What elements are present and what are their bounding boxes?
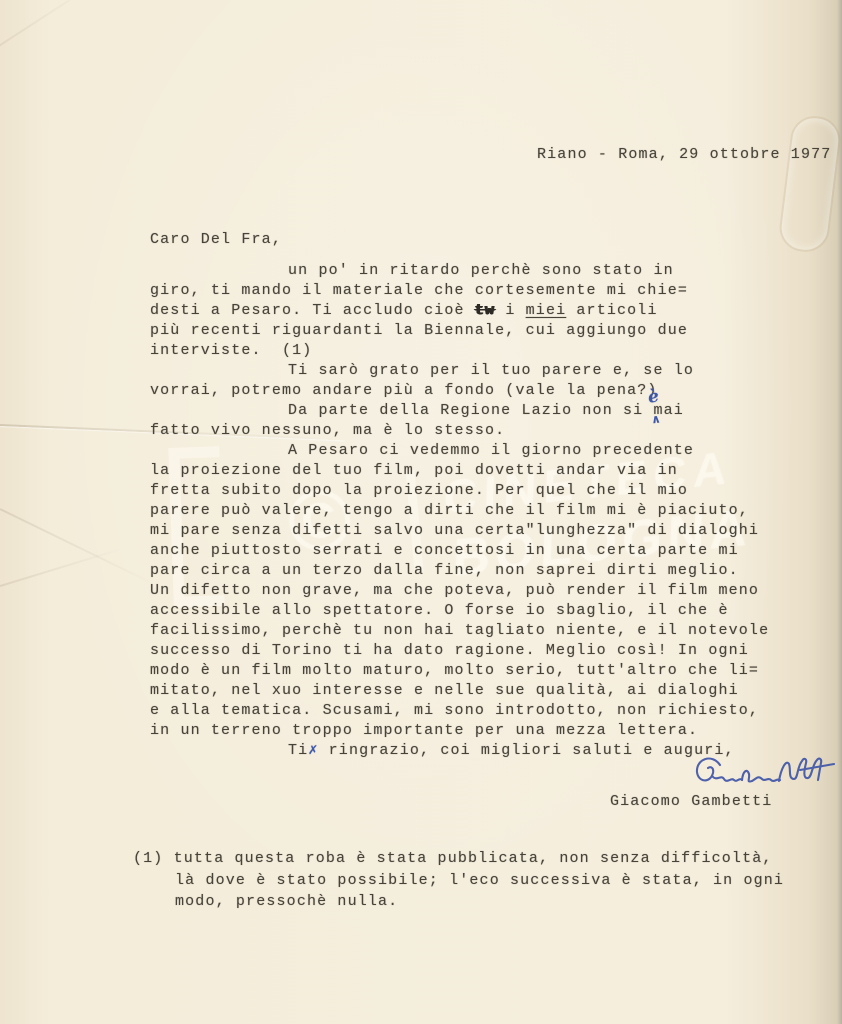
letter-segment-u: miei [526, 302, 567, 319]
letter-line: parere può valere, tengo a dirti che il … [150, 501, 769, 521]
letter-line: la proiezione del tuo film, poi dovetti … [150, 461, 769, 481]
letter-segment: un po' in ritardo perchè sono stato in [288, 262, 674, 279]
paper-crease [0, 508, 158, 587]
letter-line: modo è un film molto maturo, molto serio… [150, 661, 769, 681]
letter-segment: fretta subito dopo la proiezione. Per qu… [150, 482, 688, 499]
paper-crease [0, 0, 98, 54]
letter-segment: in un terreno troppo importante per una … [150, 722, 698, 739]
letter-segment: e alla tematica. Scusami, mi sono introd… [150, 702, 759, 719]
letter-line: Un difetto non grave, ma che poteva, può… [150, 581, 769, 601]
letter-segment: Da parte della Regione Lazio non si mai [288, 402, 684, 419]
letter-line: accessibile allo spettatore. O forse io … [150, 601, 769, 621]
footnote-line: modo, pressochè nulla. [133, 891, 784, 913]
letter-segment: Ti [288, 742, 308, 759]
letter-line: anche piuttosto serrati e concettosi in … [150, 541, 769, 561]
letter-segment: anche piuttosto serrati e concettosi in … [150, 542, 739, 559]
letter-line: più recenti riguardanti la Biennale, cui… [150, 321, 769, 341]
letter-line: desti a Pesaro. Ti accludo cioè tw i mie… [150, 301, 769, 321]
letter-line: facilissimo, perchè tu non hai tagliato … [150, 621, 769, 641]
letter-segment: articoli [566, 302, 657, 319]
pen-caret-mark: ∧ [650, 412, 661, 427]
letter-segment: interviste. (1) [150, 342, 312, 359]
letter-segment: Ti sarò grato per il tuo parere e, se lo [288, 362, 694, 379]
letter-line: un po' in ritardo perchè sono stato in [150, 261, 769, 281]
letter-line: in un terreno troppo importante per una … [150, 721, 769, 741]
signature-typed-name: Giacomo Gambetti [610, 793, 772, 810]
letter-segment: parere può valere, tengo a dirti che il … [150, 502, 749, 519]
embossed-stamp [777, 113, 842, 254]
letter-line: fatto vivo nessuno, ma è lo stesso. [150, 421, 769, 441]
salutation: Caro Del Fra, [150, 231, 282, 248]
letter-line: fretta subito dopo la proiezione. Per qu… [150, 481, 769, 501]
footnote-line: là dove è stato possibile; l'eco success… [133, 870, 784, 892]
letter-line: interviste. (1) [150, 341, 769, 361]
letter-line: mi pare senza difetti salvo una certa"lu… [150, 521, 769, 541]
letter-segment: modo è un film molto maturo, molto serio… [150, 662, 759, 679]
letter-segment: facilissimo, perchè tu non hai tagliato … [150, 622, 769, 639]
letter-line: Ti✗ ringrazio, coi migliori saluti e aug… [150, 741, 769, 761]
letter-segment: vorrai, potremo andare più a fondo (vale… [150, 382, 658, 399]
letter-segment: accessibile allo spettatore. O forse io … [150, 602, 729, 619]
handwritten-signature [690, 753, 840, 793]
footnote-line: (1) tutta questa roba è stata pubblicata… [133, 848, 784, 870]
letter-line: giro, ti mando il materiale che cortesem… [150, 281, 769, 301]
dateline: Riano - Roma, 29 ottobre 1977 [537, 146, 831, 163]
letter-segment: la proiezione del tuo film, poi dovetti … [150, 462, 678, 479]
letter-segment: desti a Pesaro. Ti accludo cioè [150, 302, 475, 319]
letter-segment: mitato, nel xuo interesse e nelle sue qu… [150, 682, 739, 699]
letter-page: © CINETECA BOLOGNA Riano - Roma, 29 otto… [0, 0, 842, 1024]
letter-line: Da parte della Regione Lazio non si mai [150, 401, 769, 421]
letter-segment: i [495, 302, 525, 319]
letter-segment: mi pare senza difetti salvo una certa"lu… [150, 522, 759, 539]
footnote: (1) tutta questa roba è stata pubblicata… [133, 848, 784, 913]
letter-segment: giro, ti mando il materiale che cortesem… [150, 282, 688, 299]
letter-segment: A Pesaro ci vedemmo il giorno precedente [288, 442, 694, 459]
letter-segment: successo di Torino ti ha dato ragione. M… [150, 642, 749, 659]
letter-line: mitato, nel xuo interesse e nelle sue qu… [150, 681, 769, 701]
letter-line: successo di Torino ti ha dato ragione. M… [150, 641, 769, 661]
letter-line: e alla tematica. Scusami, mi sono introd… [150, 701, 769, 721]
letter-segment: pare circa a un terzo dalla fine, non sa… [150, 562, 739, 579]
letter-line: vorrai, potremo andare più a fondo (vale… [150, 381, 769, 401]
paper-crease [0, 547, 125, 587]
letter-segment: fatto vivo nessuno, ma è lo stesso. [150, 422, 505, 439]
letter-line: A Pesaro ci vedemmo il giorno precedente [150, 441, 769, 461]
letter-segment: Un difetto non grave, ma che poteva, può… [150, 582, 759, 599]
letter-segment: ringrazio, coi migliori saluti e auguri, [319, 742, 735, 759]
letter-segment-xout: tw [475, 302, 495, 319]
letter-body: un po' in ritardo perchè sono stato ingi… [150, 261, 769, 761]
letter-line: pare circa a un terzo dalla fine, non sa… [150, 561, 769, 581]
letter-segment: più recenti riguardanti la Biennale, cui… [150, 322, 688, 339]
letter-line: Ti sarò grato per il tuo parere e, se lo [150, 361, 769, 381]
letter-segment-pen-scratch: ✗ [308, 742, 318, 759]
